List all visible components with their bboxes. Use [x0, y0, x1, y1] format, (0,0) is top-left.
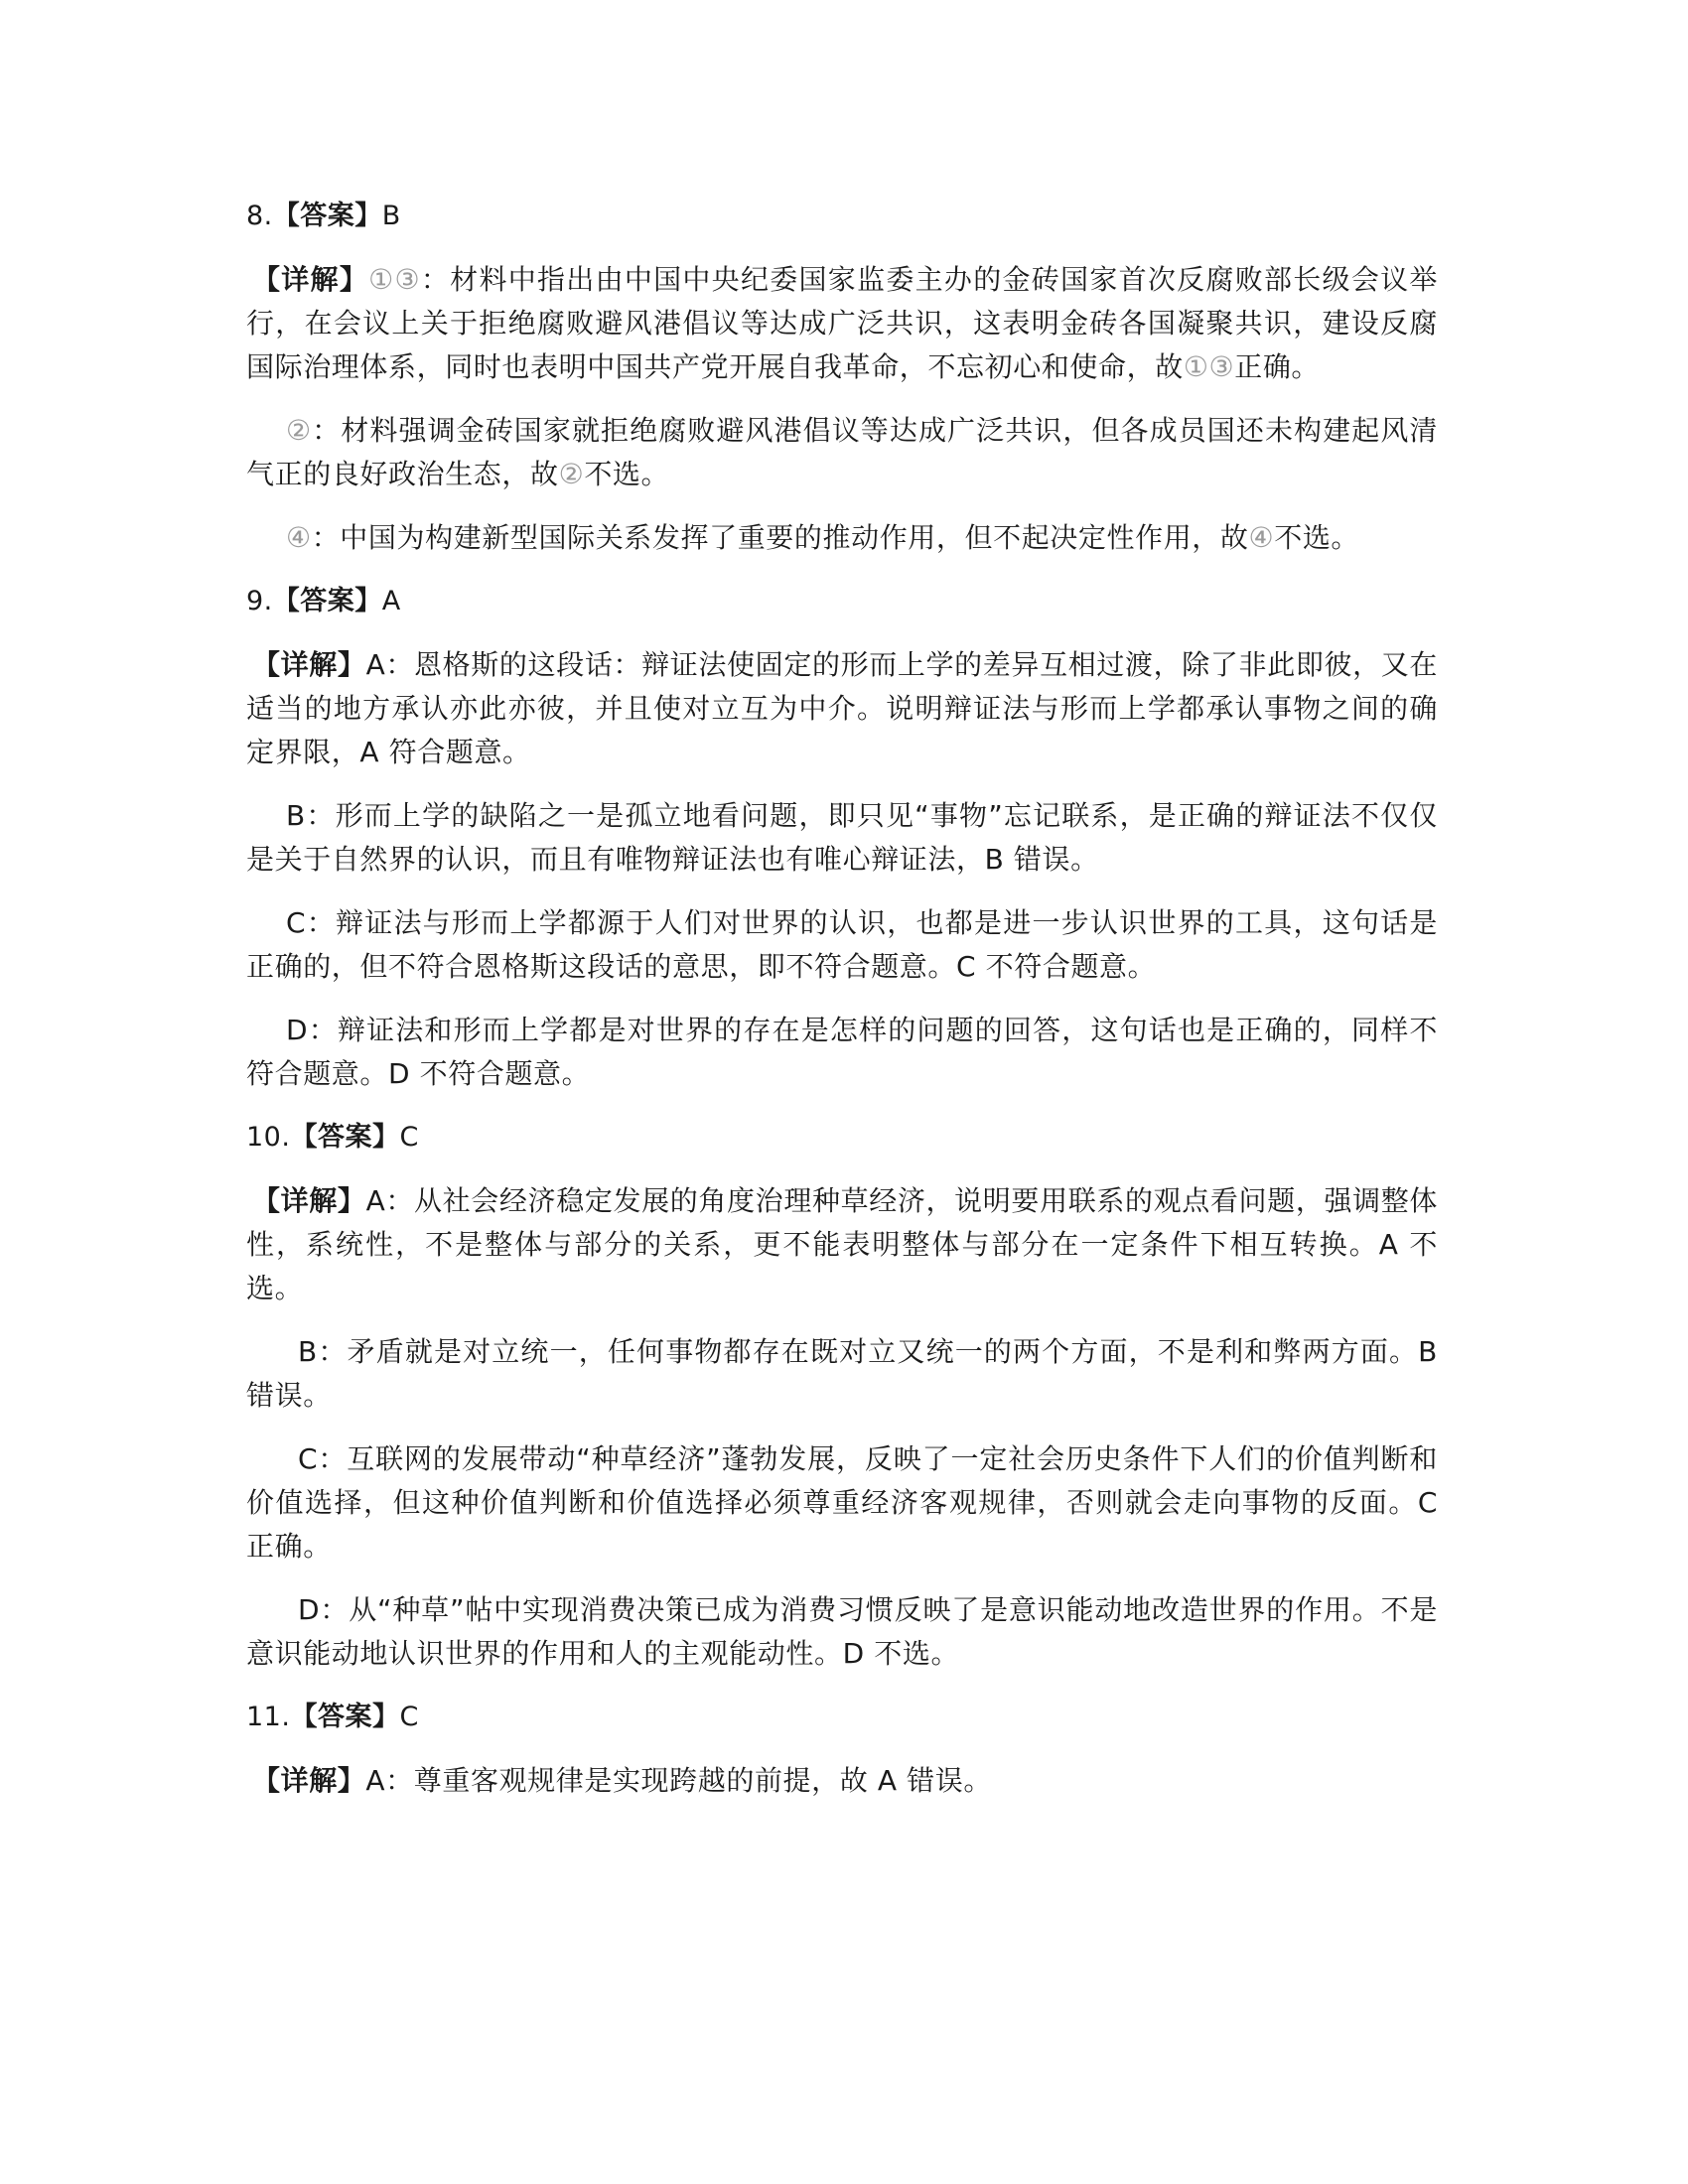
explanation-paragraph: ④：中国为构建新型国际关系发挥了重要的推动作用，但不起决定性作用，故④不选。: [246, 516, 1438, 560]
circled-number: ②: [559, 458, 585, 490]
paragraph-text: 正确。: [1234, 350, 1320, 383]
answer-value: C: [399, 1122, 418, 1153]
circled-number: ④: [286, 521, 312, 554]
detail-label: 【详解】: [252, 1184, 366, 1217]
answer-value: B: [382, 201, 401, 231]
answer-line: 11.【答案】C: [246, 1696, 1438, 1739]
answer-label: 【答案】: [273, 586, 382, 616]
answer-value: C: [399, 1702, 418, 1732]
question-number: 8.: [246, 201, 273, 231]
explanation-paragraph: D：从“种草”帖中实现消费决策已成为消费习惯反映了是意识能动地改造世界的作用。不…: [246, 1588, 1438, 1676]
question-9: 9.【答案】A 【详解】A：恩格斯的这段话：辩证法使固定的形而上学的差异互相过渡…: [246, 580, 1438, 1096]
circled-number: ①③: [368, 263, 421, 296]
paragraph-text: ：材料强调金砖国家就拒绝腐败避风港倡议等达成广泛共识，但各成员国还未构建起风清气…: [246, 414, 1438, 490]
question-number: 10.: [246, 1122, 290, 1153]
detail-label: 【详解】: [252, 263, 368, 296]
paragraph-text: A：从社会经济稳定发展的角度治理种草经济，说明要用联系的观点看问题，强调整体性，…: [246, 1184, 1438, 1304]
circled-number: ④: [1249, 521, 1275, 554]
answer-label: 【答案】: [290, 1122, 399, 1153]
explanation-paragraph: 【详解】A：恩格斯的这段话：辩证法使固定的形而上学的差异互相过渡，除了非此即彼，…: [246, 643, 1438, 774]
paragraph-text: A：恩格斯的这段话：辩证法使固定的形而上学的差异互相过渡，除了非此即彼，又在适当…: [246, 648, 1438, 768]
detail-label: 【详解】: [252, 648, 366, 681]
paragraph-text: D：辩证法和形而上学都是对世界的存在是怎样的问题的回答，这句话也是正确的，同样不…: [246, 1014, 1438, 1090]
answer-line: 8.【答案】B: [246, 195, 1438, 238]
question-10: 10.【答案】C 【详解】A：从社会经济稳定发展的角度治理种草经济，说明要用联系…: [246, 1116, 1438, 1676]
paragraph-text: 不选。: [584, 458, 669, 490]
question-11: 11.【答案】C 【详解】A：尊重客观规律是实现跨越的前提，故 A 错误。: [246, 1696, 1438, 1803]
answer-line: 10.【答案】C: [246, 1116, 1438, 1160]
paragraph-text: D：从“种草”帖中实现消费决策已成为消费习惯反映了是意识能动地改造世界的作用。不…: [246, 1593, 1438, 1670]
explanation-paragraph: ②：材料强调金砖国家就拒绝腐败避风港倡议等达成广泛共识，但各成员国还未构建起风清…: [246, 409, 1438, 496]
explanation-paragraph: C：辩证法与形而上学都源于人们对世界的认识，也都是进一步认识世界的工具，这句话是…: [246, 901, 1438, 989]
explanation-paragraph: B：矛盾就是对立统一，任何事物都存在既对立又统一的两个方面，不是利和弊两方面。B…: [246, 1330, 1438, 1418]
explanation-paragraph: 【详解】①③：材料中指出由中国中央纪委国家监委主办的金砖国家首次反腐败部长级会议…: [246, 258, 1438, 389]
paragraph-text: ：中国为构建新型国际关系发挥了重要的推动作用，但不起决定性作用，故: [312, 521, 1249, 554]
answer-line: 9.【答案】A: [246, 580, 1438, 623]
paragraph-text: B：矛盾就是对立统一，任何事物都存在既对立又统一的两个方面，不是利和弊两方面。B…: [246, 1335, 1438, 1412]
answer-label: 【答案】: [273, 201, 382, 231]
paragraph-text: C：辩证法与形而上学都源于人们对世界的认识，也都是进一步认识世界的工具，这句话是…: [246, 906, 1438, 983]
explanation-paragraph: D：辩证法和形而上学都是对世界的存在是怎样的问题的回答，这句话也是正确的，同样不…: [246, 1009, 1438, 1096]
paragraph-text: 不选。: [1274, 521, 1359, 554]
circled-number: ②: [286, 414, 312, 447]
question-number: 11.: [246, 1702, 290, 1732]
question-number: 9.: [246, 586, 273, 616]
detail-label: 【详解】: [252, 1764, 365, 1797]
question-8: 8.【答案】B 【详解】①③：材料中指出由中国中央纪委国家监委主办的金砖国家首次…: [246, 195, 1438, 560]
paragraph-text: B：形而上学的缺陷之一是孤立地看问题，即只见“事物”忘记联系，是正确的辩证法不仅…: [246, 799, 1438, 876]
explanation-paragraph: C：互联网的发展带动“种草经济”蓬勃发展，反映了一定社会历史条件下人们的价值判断…: [246, 1437, 1438, 1569]
answer-label: 【答案】: [290, 1702, 399, 1732]
explanation-paragraph: 【详解】A：从社会经济稳定发展的角度治理种草经济，说明要用联系的观点看问题，强调…: [246, 1179, 1438, 1310]
document-page: 8.【答案】B 【详解】①③：材料中指出由中国中央纪委国家监委主办的金砖国家首次…: [246, 195, 1438, 1823]
paragraph-text: A：尊重客观规律是实现跨越的前提，故 A 错误。: [365, 1764, 992, 1797]
answer-value: A: [382, 586, 401, 616]
explanation-paragraph: B：形而上学的缺陷之一是孤立地看问题，即只见“事物”忘记联系，是正确的辩证法不仅…: [246, 794, 1438, 882]
explanation-paragraph: 【详解】A：尊重客观规律是实现跨越的前提，故 A 错误。: [246, 1759, 1438, 1803]
circled-number: ①③: [1184, 350, 1234, 383]
paragraph-text: C：互联网的发展带动“种草经济”蓬勃发展，反映了一定社会历史条件下人们的价值判断…: [246, 1442, 1438, 1563]
